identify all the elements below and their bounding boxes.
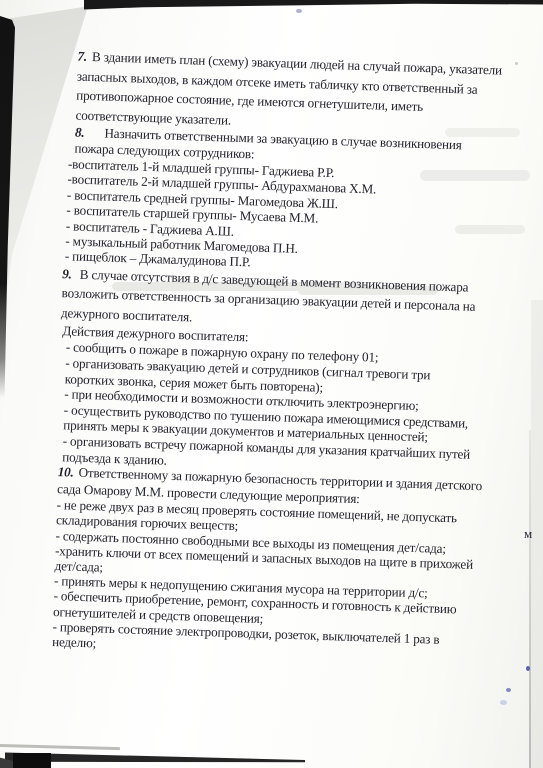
ink-speck — [526, 666, 530, 671]
scan-bottom-left-shadow — [0, 755, 13, 768]
scan-bottom-edge-shadow — [5, 751, 305, 766]
item-7-number: 7. — [77, 49, 87, 64]
document-text-block: 7.В здании иметь план (схему) эвакуации … — [42, 42, 543, 665]
item-9-text: В случае отсутствия в д/с заведующей в м… — [61, 267, 476, 325]
item-8-number: 8. — [75, 124, 85, 139]
ink-speck — [500, 700, 507, 705]
item-9-number: 9. — [62, 266, 72, 281]
scan-bottom-corner-shadow — [13, 753, 51, 768]
ink-speck — [506, 688, 511, 692]
scan-bottom-crease — [0, 744, 120, 750]
scan-left-edge-shadow — [0, 16, 15, 398]
item-7-text: В здании иметь план (схему) эвакуации лю… — [75, 49, 502, 127]
measures-list: - не реже двух раз в месяц проверять сос… — [42, 497, 543, 666]
duty-actions-list: - сообщить о пожаре в пожарную охрану по… — [48, 339, 543, 480]
item-10-number: 10. — [58, 464, 74, 480]
staff-list: -воспитатель 1-й младшей группы- Гаджиев… — [55, 156, 543, 280]
ink-speck — [296, 9, 302, 13]
scan-top-edge-shadow — [84, 0, 543, 10]
document-sheet: м 7.В здании иметь план (схему) эвакуаци… — [0, 0, 543, 768]
